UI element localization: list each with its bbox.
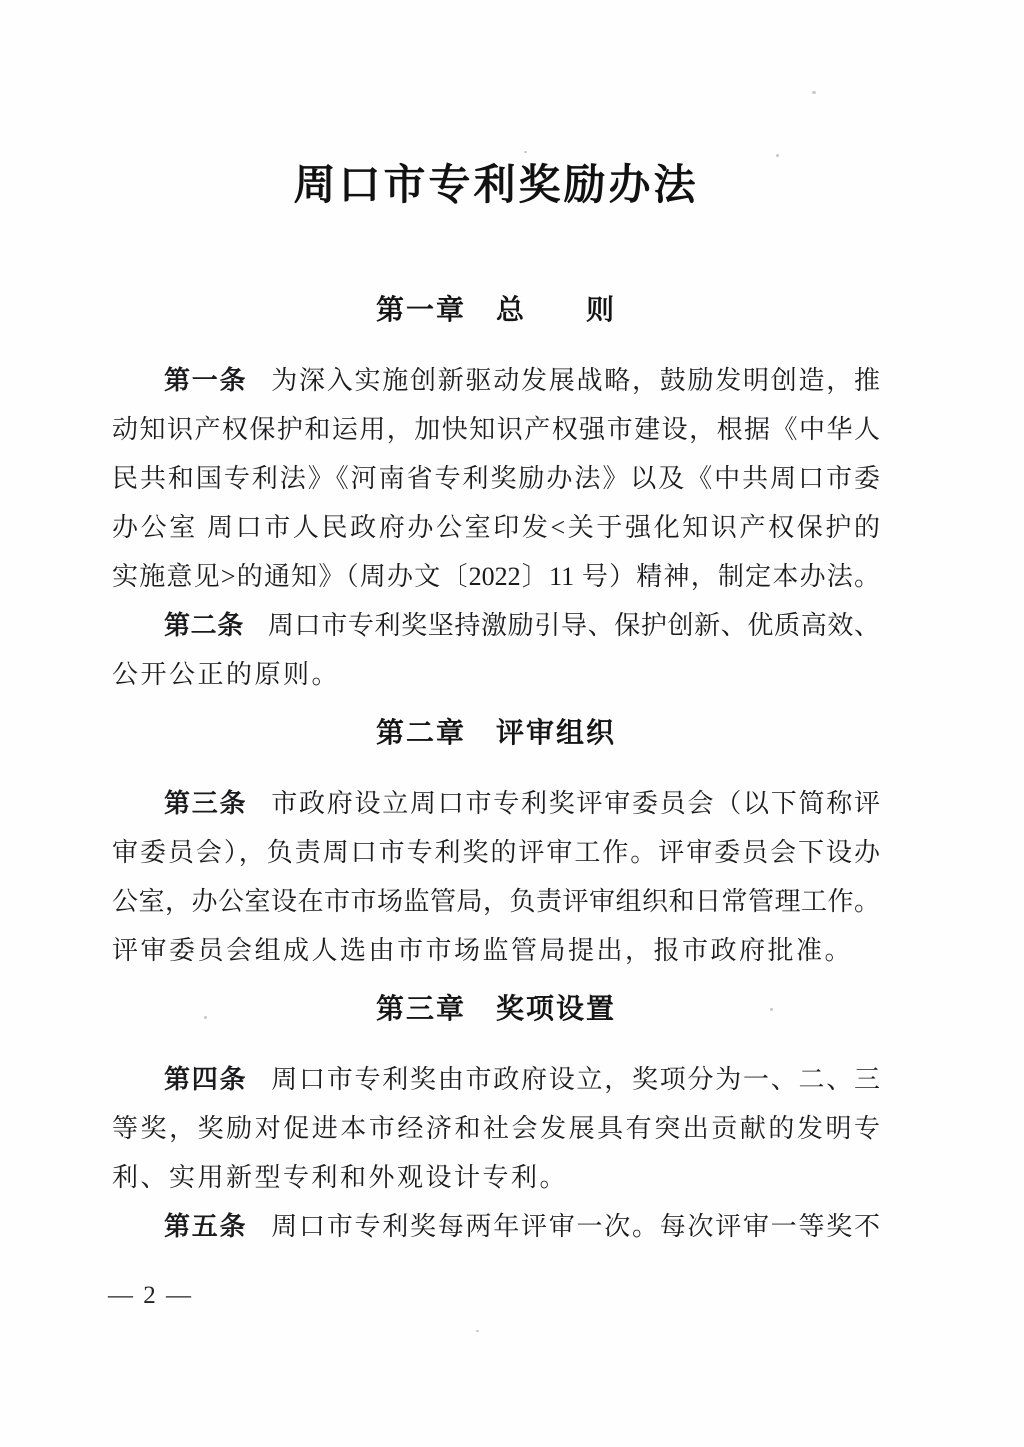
- line-text: 公室，办公室设在市市场监管局，负责评审组织和日常管理工作。: [112, 887, 880, 916]
- line-text: 评审委员会组成人选由市市场监管局提出，报市政府批准。: [112, 936, 853, 965]
- line-text: 市政府设立周口市专利奖评审委员会（以下简称评: [271, 789, 880, 818]
- body-line: 等奖，奖励对促进本市经济和社会发展具有突出贡献的发明专: [112, 1104, 880, 1153]
- chapter-heading: 第三章 奖项设置: [112, 989, 880, 1029]
- scanned-page: 周口市专利奖励办法 第一章 总 则第一条为深入实施创新驱动发展战略，鼓励发明创造…: [0, 0, 1024, 1447]
- chapter-heading: 第一章 总 则: [112, 290, 880, 330]
- line-text: 公开公正的原则。: [112, 660, 340, 689]
- scan-speck: [476, 1330, 479, 1332]
- body-line: 实施意见>的通知》（周办文〔2022〕11 号）精神，制定本办法。: [112, 552, 880, 601]
- line-text: 为深入实施创新驱动发展战略，鼓励发明创造，推: [271, 366, 880, 395]
- page-number: — 2 —: [108, 1276, 193, 1316]
- body-line: 第四条周口市专利奖由市政府设立，奖项分为一、二、三: [112, 1055, 880, 1104]
- article-number: 第二条: [164, 610, 244, 640]
- document-body: 第一章 总 则第一条为深入实施创新驱动发展战略，鼓励发明创造，推动知识产权保护和…: [112, 290, 880, 1251]
- line-text: 民共和国专利法》《河南省专利奖励办法》以及《中共周口市委: [112, 464, 880, 493]
- line-text: 周口市专利奖坚持激励引导、保护创新、优质高效、: [268, 611, 880, 640]
- body-line: 动知识产权保护和运用，加快知识产权强市建设，根据《中华人: [112, 405, 880, 454]
- line-text: 周口市专利奖每两年评审一次。每次评审一等奖不: [271, 1212, 880, 1241]
- article-number: 第一条: [164, 365, 247, 395]
- line-text: 审委员会），负责周口市专利奖的评审工作。评审委员会下设办: [112, 838, 880, 867]
- body-line: 办公室 周口市人民政府办公室印发<关于强化知识产权保护的: [112, 503, 880, 552]
- body-line: 第五条周口市专利奖每两年评审一次。每次评审一等奖不: [112, 1202, 880, 1251]
- body-line: 评审委员会组成人选由市市场监管局提出，报市政府批准。: [112, 926, 880, 975]
- line-text: 利、实用新型专利和外观设计专利。: [112, 1163, 568, 1192]
- document-title: 周口市专利奖励办法: [112, 160, 880, 210]
- chapter-heading: 第二章 评审组织: [112, 713, 880, 753]
- body-line: 审委员会），负责周口市专利奖的评审工作。评审委员会下设办: [112, 828, 880, 877]
- body-line: 第三条市政府设立周口市专利奖评审委员会（以下简称评: [112, 779, 880, 828]
- article-number: 第四条: [164, 1064, 247, 1094]
- body-line: 第一条为深入实施创新驱动发展战略，鼓励发明创造，推: [112, 356, 880, 405]
- body-line: 公开公正的原则。: [112, 650, 880, 699]
- line-text: 等奖，奖励对促进本市经济和社会发展具有突出贡献的发明专: [112, 1114, 880, 1143]
- article-number: 第五条: [164, 1211, 247, 1241]
- body-line: 公室，办公室设在市市场监管局，负责评审组织和日常管理工作。: [112, 877, 880, 926]
- line-text: 周口市专利奖由市政府设立，奖项分为一、二、三: [271, 1065, 880, 1094]
- body-line: 第二条周口市专利奖坚持激励引导、保护创新、优质高效、: [112, 601, 880, 650]
- body-line: 利、实用新型专利和外观设计专利。: [112, 1153, 880, 1202]
- article-number: 第三条: [164, 788, 247, 818]
- body-line: 民共和国专利法》《河南省专利奖励办法》以及《中共周口市委: [112, 454, 880, 503]
- document-content: 周口市专利奖励办法 第一章 总 则第一条为深入实施创新驱动发展战略，鼓励发明创造…: [112, 0, 880, 1251]
- line-text: 实施意见>的通知》（周办文〔2022〕11 号）精神，制定本办法。: [112, 562, 880, 591]
- line-text: 动知识产权保护和运用，加快知识产权强市建设，根据《中华人: [112, 415, 880, 444]
- line-text: 办公室 周口市人民政府办公室印发<关于强化知识产权保护的: [112, 513, 880, 542]
